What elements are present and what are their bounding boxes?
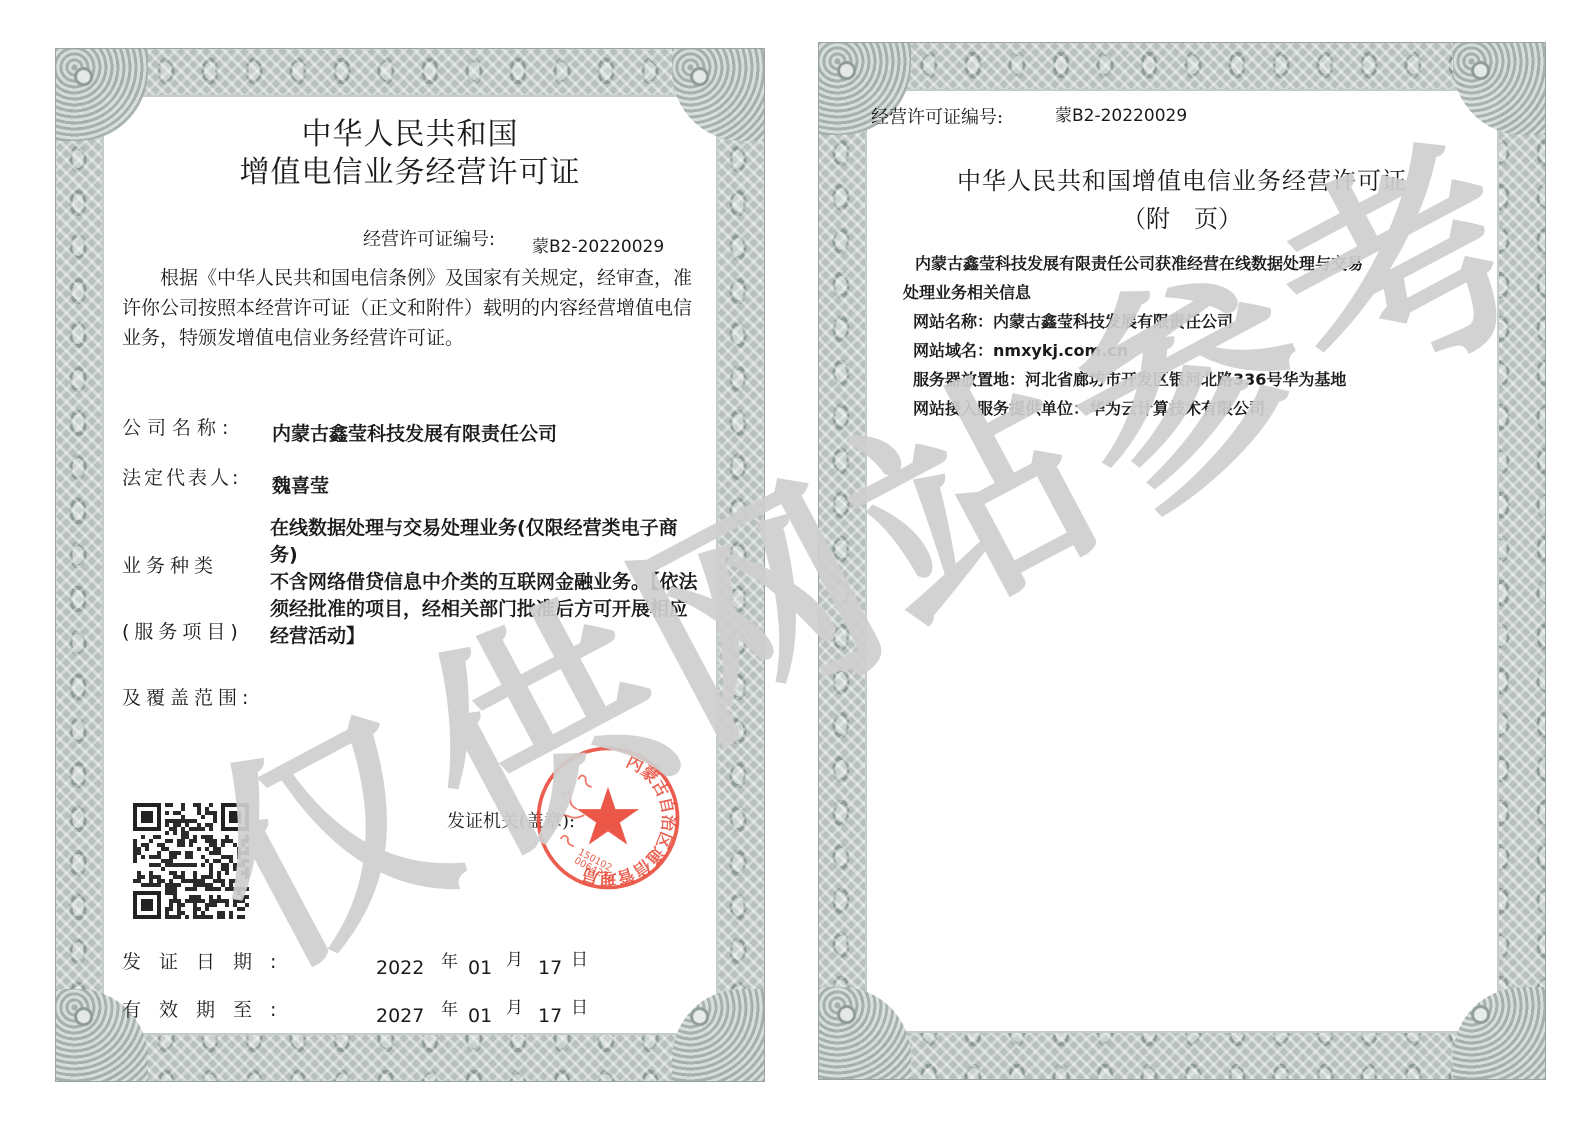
valid-until-day: 17 (538, 1005, 562, 1027)
license-number: 蒙B2-20220029 (532, 232, 664, 257)
valid-until-label: 有效期至: (122, 995, 294, 1022)
business-scope: 在线数据处理与交易处理业务(仅限经营类电子商务)不含网络借贷信息中介类的互联网金… (270, 515, 700, 650)
issue-date-year: 2022 (376, 957, 424, 979)
scope-label-line: 及覆盖范围: (122, 687, 253, 709)
certificate-title-line2: 增值电信业务经营许可证 (56, 147, 764, 191)
issue-date-month-unit: 月 (506, 945, 523, 970)
valid-until-year: 2027 (376, 1005, 424, 1027)
issue-date-day: 17 (538, 957, 562, 979)
issue-date-day-unit: 日 (571, 945, 588, 970)
issue-date-label: 发证日期: (122, 947, 294, 974)
business-scope-line: 不含网络借贷信息中介类的互联网金融业务。【依法须经批准的项目，经相关部门批准后方… (270, 569, 700, 650)
company-name: 内蒙古鑫莹科技发展有限责任公司 (272, 419, 557, 446)
annex-line-access-provider: 网站接入服务提供单位：华为云计算技术有限公司 (913, 396, 1265, 419)
legal-representative-label: 法定代表人: (122, 463, 241, 490)
license-number-label: 经营许可证编号: (871, 103, 1003, 129)
license-certificate-annex: 经营许可证编号: 蒙B2-20220029 中华人民共和国增值电信业务经营许可证… (818, 42, 1546, 1080)
license-certificate-main: 中华人民共和国 增值电信业务经营许可证 经营许可证编号: 蒙B2-2022002… (55, 48, 765, 1082)
annex-title: 中华人民共和国增值电信业务经营许可证 (819, 161, 1545, 196)
intro-paragraph: 根据《中华人民共和国电信条例》及国家有关规定，经审查，准许你公司按照本经营许可证… (122, 263, 697, 353)
annex-line-intro: 内蒙古鑫莹科技发展有限责任公司获准经营在线数据处理与交易 (915, 251, 1363, 274)
valid-until-month: 01 (468, 1005, 492, 1027)
annex-line-domain: 网站域名：nmxykj.com.cn (913, 338, 1128, 361)
valid-until-day-unit: 日 (571, 993, 588, 1018)
valid-until-year-unit: 年 (441, 995, 458, 1020)
issue-date-year-unit: 年 (441, 947, 458, 972)
official-seal-icon: 内蒙古自治区通信管理局 150102 0064238 (534, 744, 682, 892)
business-scope-line: 在线数据处理与交易处理业务(仅限经营类电子商务) (270, 515, 700, 569)
issue-date-month: 01 (468, 957, 492, 979)
qr-code-icon (133, 803, 249, 919)
business-scope-label: 业务种类 (服务项目) 及覆盖范围: (122, 511, 253, 753)
license-number-label: 经营许可证编号: (363, 225, 495, 251)
license-number: 蒙B2-20220029 (1055, 101, 1187, 126)
annex-line-server-location: 服务器放置地：河北省廊坊市开发区银河北路336号华为基地 (913, 367, 1346, 390)
annex-line-intro-cont: 处理业务相关信息 (903, 280, 1031, 303)
scope-label-line: 业务种类 (122, 555, 253, 577)
scope-label-line: (服务项目) (122, 621, 253, 643)
company-name-label: 公司名称: (122, 413, 234, 440)
legal-representative: 魏喜莹 (272, 471, 329, 498)
annex-subtitle: （附 页） (819, 199, 1545, 234)
valid-until-month-unit: 月 (506, 993, 523, 1018)
annex-line-website-name: 网站名称：内蒙古鑫莹科技发展有限责任公司 (913, 309, 1233, 332)
